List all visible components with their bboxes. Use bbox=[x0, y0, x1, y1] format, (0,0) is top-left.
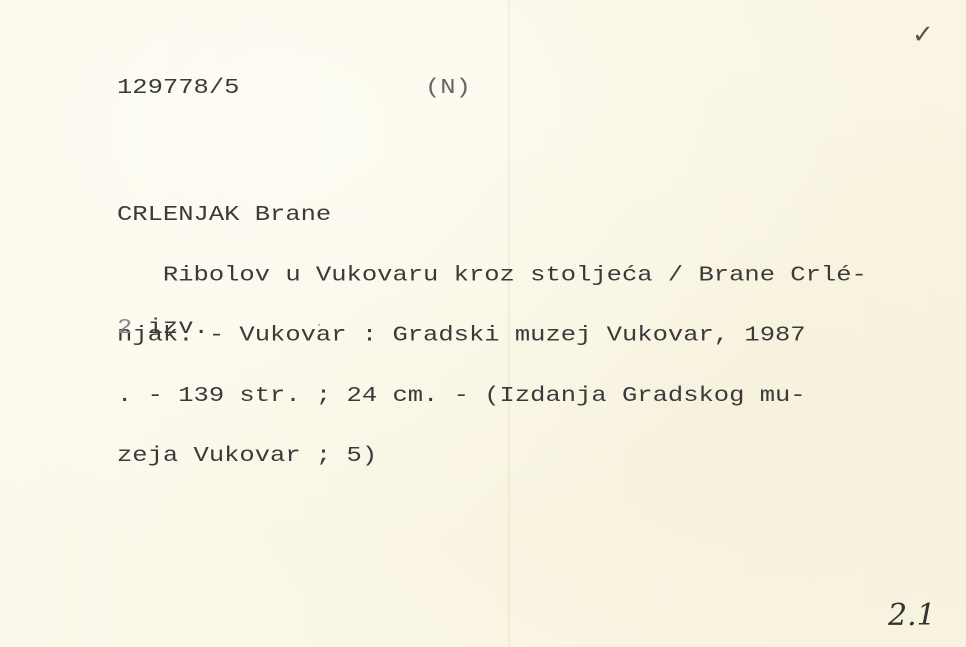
publication-line: njak. - Vukovar : Gradski muzej Vukovar,… bbox=[117, 326, 867, 346]
class-mark: (N) bbox=[425, 78, 471, 98]
ink-speck bbox=[318, 324, 320, 326]
author-heading: CRLENJAK Brane bbox=[117, 205, 867, 225]
title-line: Ribolov u Vukovaru kroz stoljeća / Brane… bbox=[117, 265, 867, 285]
handwritten-shelf-note: 2.1 bbox=[888, 598, 936, 633]
bibliographic-entry: CRLENJAK Brane Ribolov u Vukovaru kroz s… bbox=[117, 165, 867, 507]
copies-label: izv. bbox=[132, 316, 209, 340]
series-line: zeja Vukovar ; 5) bbox=[117, 446, 867, 466]
copies-note: 2 izv. bbox=[117, 318, 209, 338]
copies-count: 2 bbox=[117, 316, 132, 340]
description-line: . - 139 str. ; 24 cm. - (Izdanja Gradsko… bbox=[117, 386, 867, 406]
check-mark-icon: ✓ bbox=[912, 20, 934, 50]
catalog-card: 129778/5 (N) CRLENJAK Brane Ribolov u Vu… bbox=[0, 0, 966, 647]
call-number: 129778/5 bbox=[117, 78, 239, 98]
